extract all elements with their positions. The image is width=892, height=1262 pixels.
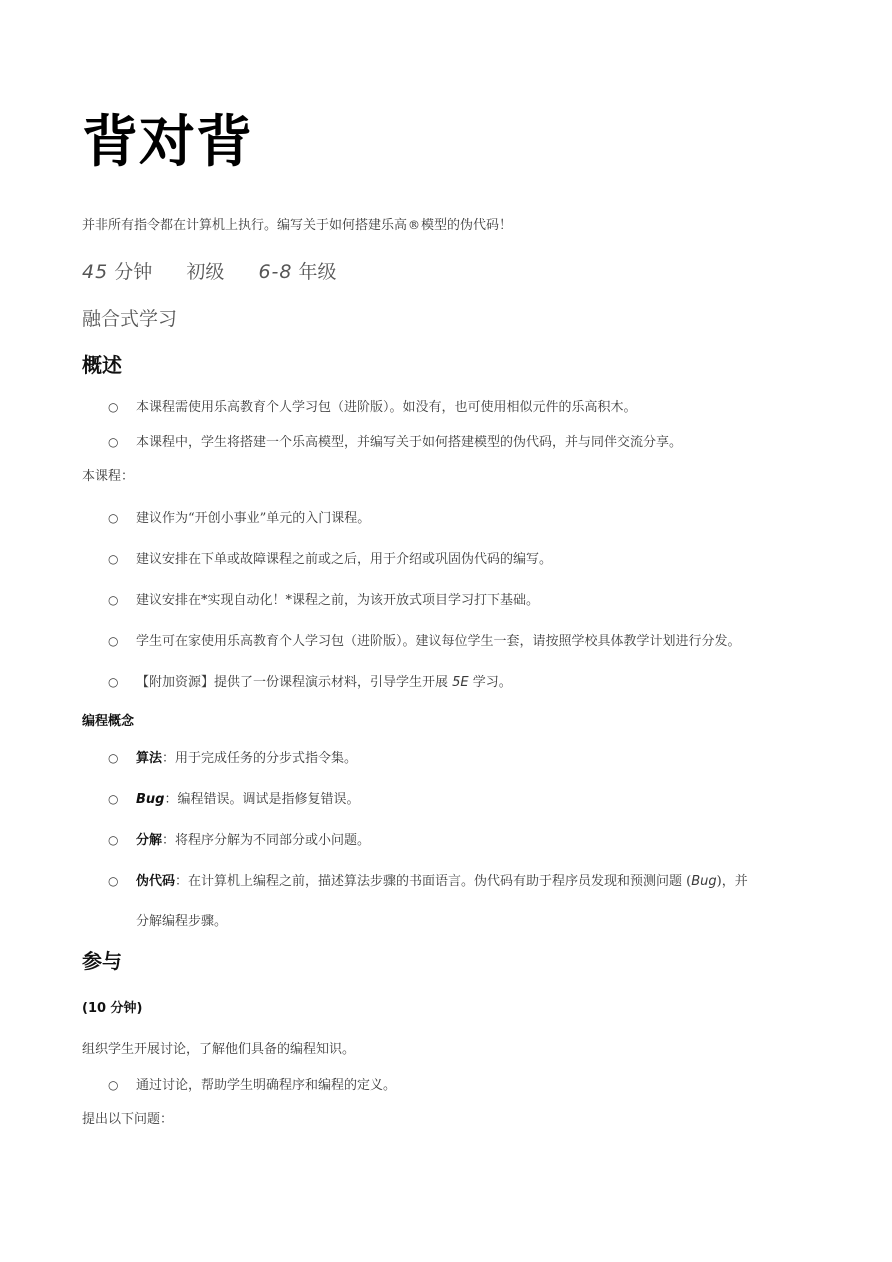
list-item: ○算法：用于完成任务的分步式指令集。 bbox=[108, 748, 357, 769]
duration-unit: 分钟 bbox=[114, 261, 152, 283]
concept-continuation: 分解编程步骤。 bbox=[108, 912, 748, 932]
concept-definition: 用于完成任务的分步式指令集。 bbox=[175, 751, 357, 766]
concept-separator: ： bbox=[162, 751, 175, 766]
duration-number: 45 bbox=[82, 261, 108, 283]
level-label: 初级 bbox=[186, 261, 224, 283]
grade-unit: 年级 bbox=[299, 261, 337, 283]
bullet-icon: ○ bbox=[108, 1075, 136, 1095]
list-item: ○建议作为“开创小事业”单元的入门课程。 bbox=[108, 508, 370, 529]
list-item-text: 学生可在家使用乐高教育个人学习包（进阶版）。建议每位学生一套，请按照学校具体教学… bbox=[136, 634, 741, 649]
list-item: ○Bug：编程错误。调试是指修复错误。 bbox=[108, 789, 360, 810]
list-item: ○建议安排在*实现自动化！*课程之前，为该开放式项目学习打下基础。 bbox=[108, 590, 539, 611]
concept-separator: ： bbox=[164, 792, 177, 807]
list-item: ○伪代码：在计算机上编程之前，描述算法步骤的书面语言。伪代码有助于程序员发现和预… bbox=[108, 871, 748, 932]
bullet-icon: ○ bbox=[108, 871, 136, 891]
lesson-summary: 并非所有指令都在计算机上执行。编写关于如何搭建乐高®模型的伪代码！ bbox=[82, 215, 512, 236]
concept-definition-end: )，并 bbox=[717, 874, 748, 889]
engage-duration: (10 分钟) bbox=[82, 999, 143, 1019]
bullet-icon: ○ bbox=[108, 672, 136, 692]
list-item: ○通过讨论，帮助学生明确程序和编程的定义。 bbox=[108, 1075, 396, 1096]
bullet-icon: ○ bbox=[108, 397, 136, 417]
bullet-icon: ○ bbox=[108, 590, 136, 610]
bullet-icon: ○ bbox=[108, 508, 136, 528]
concept-definition: 编程错误。调试是指修复错误。 bbox=[178, 792, 360, 807]
summary-text-end: 模型的伪代码！ bbox=[421, 218, 512, 233]
page-title: 背对背 bbox=[82, 108, 253, 178]
list-item-text: 通过讨论，帮助学生明确程序和编程的定义。 bbox=[136, 1078, 396, 1093]
concept-separator: ： bbox=[162, 833, 175, 848]
bullet-icon: ○ bbox=[108, 748, 136, 768]
list-item: ○本课程需使用乐高教育个人学习包（进阶版）。如没有，也可使用相似元件的乐高积木。 bbox=[108, 397, 637, 418]
lesson-category: 融合式学习 bbox=[82, 306, 177, 332]
bullet-icon: ○ bbox=[108, 432, 136, 452]
list-item: ○【附加资源】提供了一份课程演示材料，引导学生开展 5E 学习。 bbox=[108, 672, 512, 693]
list-item: ○学生可在家使用乐高教育个人学习包（进阶版）。建议每位学生一套，请按照学校具体教… bbox=[108, 631, 741, 652]
bullet-icon: ○ bbox=[108, 789, 136, 809]
concept-latin: Bug bbox=[691, 874, 716, 889]
list-item-text: 本课程需使用乐高教育个人学习包（进阶版）。如没有，也可使用相似元件的乐高积木。 bbox=[136, 400, 637, 415]
engage-heading: 参与 bbox=[82, 947, 122, 975]
concept-term: Bug bbox=[136, 792, 164, 807]
registered-mark-icon: ® bbox=[408, 215, 420, 235]
summary-text-start: 并非所有指令都在计算机上执行。编写关于如何搭建乐高 bbox=[82, 218, 407, 233]
list-item-text: 【附加资源】提供了一份课程演示材料，引导学生开展 bbox=[136, 675, 452, 690]
concept-term: 算法 bbox=[136, 751, 162, 766]
bullet-icon: ○ bbox=[108, 549, 136, 569]
concept-separator: ： bbox=[175, 874, 188, 889]
list-item-text: 建议安排在下单或故障课程之前或之后，用于介绍或巩固伪代码的编写。 bbox=[136, 552, 552, 567]
concept-definition: 在计算机上编程之前，描述算法步骤的书面语言。伪代码有助于程序员发现和预测问题 ( bbox=[188, 874, 691, 889]
list-item-text: 本课程中，学生将搭建一个乐高模型，并编写关于如何搭建模型的伪代码，并与同伴交流分… bbox=[136, 435, 682, 450]
list-item: ○建议安排在下单或故障课程之前或之后，用于介绍或巩固伪代码的编写。 bbox=[108, 549, 552, 570]
list-item: ○本课程中，学生将搭建一个乐高模型，并编写关于如何搭建模型的伪代码，并与同伴交流… bbox=[108, 432, 682, 453]
concept-term: 分解 bbox=[136, 833, 162, 848]
list-item: ○分解：将程序分解为不同部分或小问题。 bbox=[108, 830, 370, 851]
lesson-meta: 45 分钟 初级 6-8 年级 bbox=[82, 259, 337, 285]
overview-heading: 概述 bbox=[82, 351, 122, 379]
engage-prompt: 提出以下问题： bbox=[82, 1110, 173, 1130]
bullet-icon: ○ bbox=[108, 830, 136, 850]
list-item-text-end: 学习。 bbox=[469, 675, 512, 690]
grade-number: 6-8 bbox=[258, 261, 292, 283]
concepts-heading: 编程概念 bbox=[82, 712, 134, 732]
concept-definition: 将程序分解为不同部分或小问题。 bbox=[175, 833, 370, 848]
list-item-text: 建议作为“开创小事业”单元的入门课程。 bbox=[136, 511, 370, 526]
list-item-latin: 5E bbox=[452, 675, 469, 690]
list-item-text: 建议安排在*实现自动化！*课程之前，为该开放式项目学习打下基础。 bbox=[136, 593, 539, 608]
course-label: 本课程： bbox=[82, 467, 134, 487]
bullet-icon: ○ bbox=[108, 631, 136, 651]
engage-intro: 组织学生开展讨论，了解他们具备的编程知识。 bbox=[82, 1040, 355, 1060]
concept-term: 伪代码 bbox=[136, 874, 175, 889]
